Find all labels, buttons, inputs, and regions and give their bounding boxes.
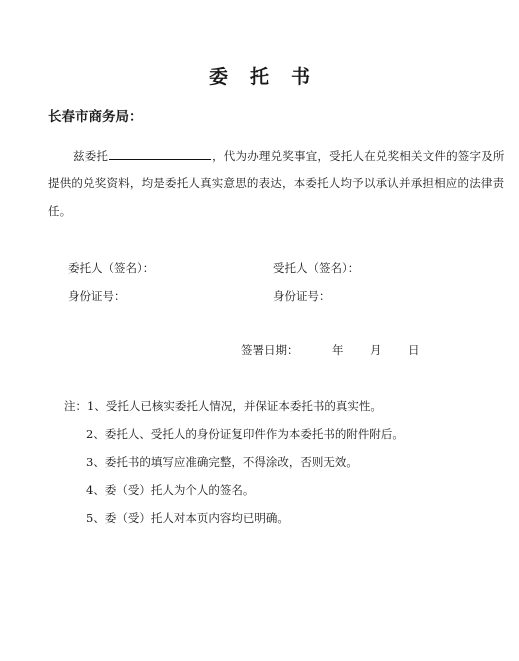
note-item-5: 5、委（受）托人对本页内容均已明确。: [86, 510, 289, 526]
notes-prefix: 注：: [64, 399, 87, 413]
body-line-1-prefix: 兹委托: [73, 149, 108, 163]
date-month: 月: [370, 342, 382, 358]
agent-id-label: 身份证号：: [273, 288, 331, 304]
note-item-1: 注：1、受托人已核实委托人情况，并保证本委托书的真实性。: [64, 398, 382, 414]
document-title: 委托书: [0, 62, 519, 89]
principal-signature-label: 委托人（签名）：: [68, 260, 154, 276]
body-line-1-suffix: ，代为办理兑奖事宜，受托人在兑奖相关文件的签字及所: [212, 149, 505, 163]
agent-signature-label: 受托人（签名）：: [273, 260, 359, 276]
note-item-3: 3、委托书的填写应准确完整，不得涂改，否则无效。: [86, 454, 358, 470]
note-text-1: 1、受托人已核实委托人情况，并保证本委托书的真实性。: [87, 399, 382, 413]
date-year: 年: [332, 342, 344, 358]
note-item-2: 2、委托人、受托人的身份证复印件作为本委托书的附件附后。: [86, 426, 404, 442]
body-line-2: 提供的兑奖资料，均是委托人真实意思的表达，本委托人均予以承认并承担相应的法律责: [48, 175, 504, 191]
body-line-3: 任。: [48, 203, 71, 219]
addressee: 长春市商务局：: [48, 105, 143, 125]
date-day: 日: [408, 342, 420, 358]
note-item-4: 4、委（受）托人为个人的签名。: [86, 482, 254, 498]
signing-date-label: 签署日期：: [241, 342, 299, 358]
body-line-1: 兹委托，代为办理兑奖事宜，受托人在兑奖相关文件的签字及所: [73, 147, 505, 164]
principal-id-label: 身份证号：: [68, 288, 126, 304]
trustee-name-blank[interactable]: [109, 147, 211, 160]
